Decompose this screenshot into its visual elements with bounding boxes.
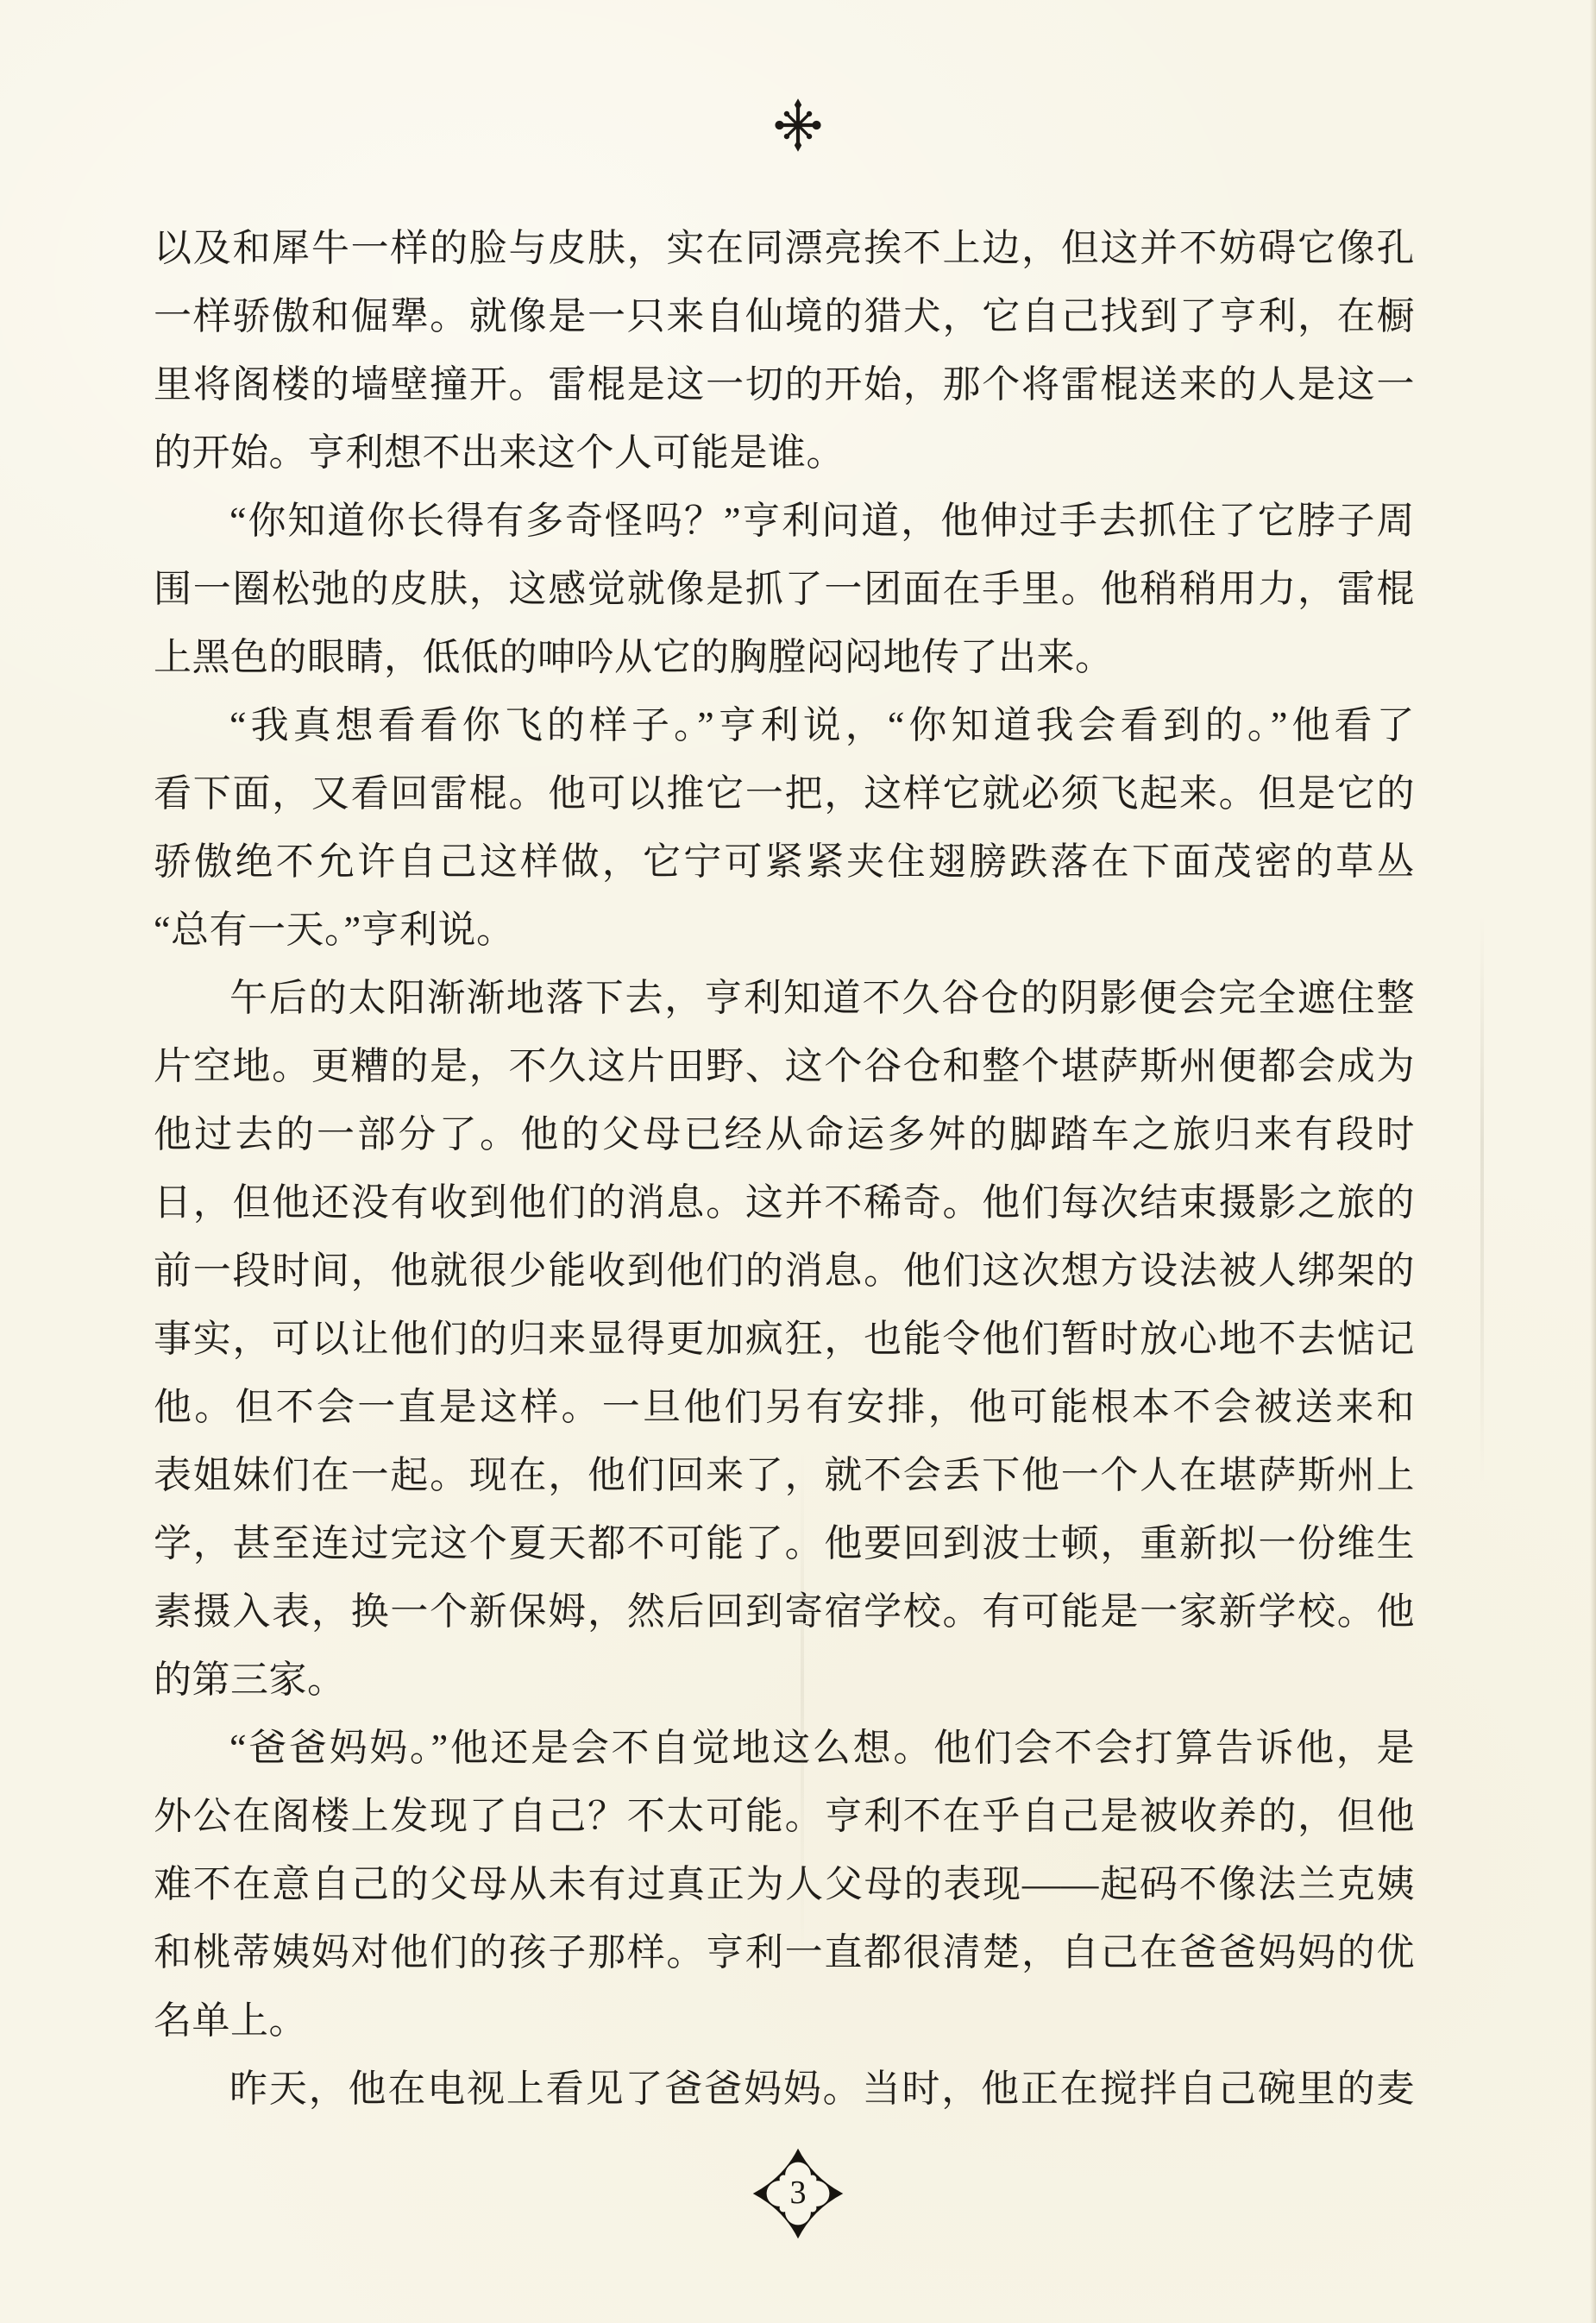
fleuron-asterisk-svg <box>774 97 822 154</box>
text-line: 的开始。亨利想不出来这个人可能是谁。 <box>154 419 1415 487</box>
text-line: 他过去的一部分了。他的父母已经从命运多舛的脚踏车之旅归来有段时 <box>154 1100 1415 1168</box>
text-line: 看下面，又看回雷棍。他可以推它一把，这样它就必须飞起来。但是它的 <box>154 759 1415 828</box>
text-line: 素摄入表，换一个新保姆，然后回到寄宿学校。有可能是一家新学校。他 <box>154 1577 1415 1646</box>
text-line: 上黑色的眼睛，低低的呻吟从它的胸膛闷闷地传了出来。 <box>154 623 1415 691</box>
text-line: 片空地。更糟的是，不久这片田野、这个谷仓和整个堪萨斯州便都会成为 <box>154 1032 1415 1100</box>
text-line: 学，甚至连过完这个夏天都不可能了。他要回到波士顿，重新拟一份维生 <box>154 1509 1415 1577</box>
text-line: 表姐妹们在一起。现在，他们回来了，就不会丢下他一个人在堪萨斯州上 <box>154 1441 1415 1509</box>
text-line: “爸爸妈妈。”他还是会不自觉地这么想。他们会不会打算告诉他，是 <box>154 1714 1415 1782</box>
text-line: 昨天，他在电视上看见了爸爸妈妈。当时，他正在搅拌自己碗里的麦 <box>154 2055 1415 2123</box>
text-line: 围一圈松弛的皮肤，这感觉就像是抓了一团面在手里。他稍稍用力，雷棍闭 <box>154 555 1415 623</box>
text-line: 他。但不会一直是这样。一旦他们另有安排，他可能根本不会被送来和 <box>154 1373 1415 1441</box>
text-line: 骄傲绝不允许自己这样做，它宁可紧紧夹住翅膀跌落在下面茂密的草丛里。 <box>154 828 1415 896</box>
text-line: 日，但他还没有收到他们的消息。这并不稀奇。他们每次结束摄影之旅的 <box>154 1168 1415 1237</box>
body-text: 以及和犀牛一样的脸与皮肤，实在同漂亮挨不上边，但这并不妨碍它像孔雀一样骄傲和倔犟… <box>154 214 1415 2123</box>
text-line: 的第三家。 <box>154 1646 1415 1714</box>
book-page: 以及和犀牛一样的脸与皮肤，实在同漂亮挨不上边，但这并不妨碍它像孔雀一样骄傲和倔犟… <box>0 0 1596 2323</box>
page-number: 3 <box>750 2145 846 2242</box>
text-line: 名单上。 <box>154 1986 1415 2055</box>
text-line: “你知道你长得有多奇怪吗？”亨利问道，他伸过手去抓住了它脖子周 <box>154 487 1415 555</box>
text-line: 前一段时间，他就很少能收到他们的消息。他们这次想方设法被人绑架的 <box>154 1237 1415 1305</box>
text-line: 事实，可以让他们的归来显得更加疯狂，也能令他们暂时放心地不去惦记 <box>154 1305 1415 1373</box>
text-line: “总有一天。”亨利说。 <box>154 896 1415 964</box>
text-line: 午后的太阳渐渐地落下去，亨利知道不久谷仓的阴影便会完全遮住整 <box>154 964 1415 1032</box>
text-line: 里将阁楼的墙壁撞开。雷棍是这一切的开始，那个将雷棍送来的人是这一切 <box>154 350 1415 419</box>
text-line: 一样骄傲和倔犟。就像是一只来自仙境的猎犬，它自己找到了亨利，在橱柜 <box>154 282 1415 350</box>
text-line: 以及和犀牛一样的脸与皮肤，实在同漂亮挨不上边，但这并不妨碍它像孔雀 <box>154 214 1415 282</box>
page-number-ornament: 3 <box>750 2145 846 2242</box>
text-line: 难不在意自己的父母从未有过真正为人父母的表现——起码不像法兰克姨丈 <box>154 1850 1415 1918</box>
page-edge-shadow <box>1590 0 1596 2323</box>
text-line: 和桃蒂姨妈对他们的孩子那样。亨利一直都很清楚，自己在爸爸妈妈的优先 <box>154 1918 1415 1986</box>
paper-crease <box>1480 915 1484 1484</box>
fleuron-asterisk-icon <box>774 97 822 154</box>
text-line: “我真想看看你飞的样子。”亨利说，“你知道我会看到的。”他看了 <box>154 691 1415 759</box>
text-line: 外公在阁楼上发现了自己？不太可能。亨利不在乎自己是被收养的，但他很 <box>154 1782 1415 1850</box>
